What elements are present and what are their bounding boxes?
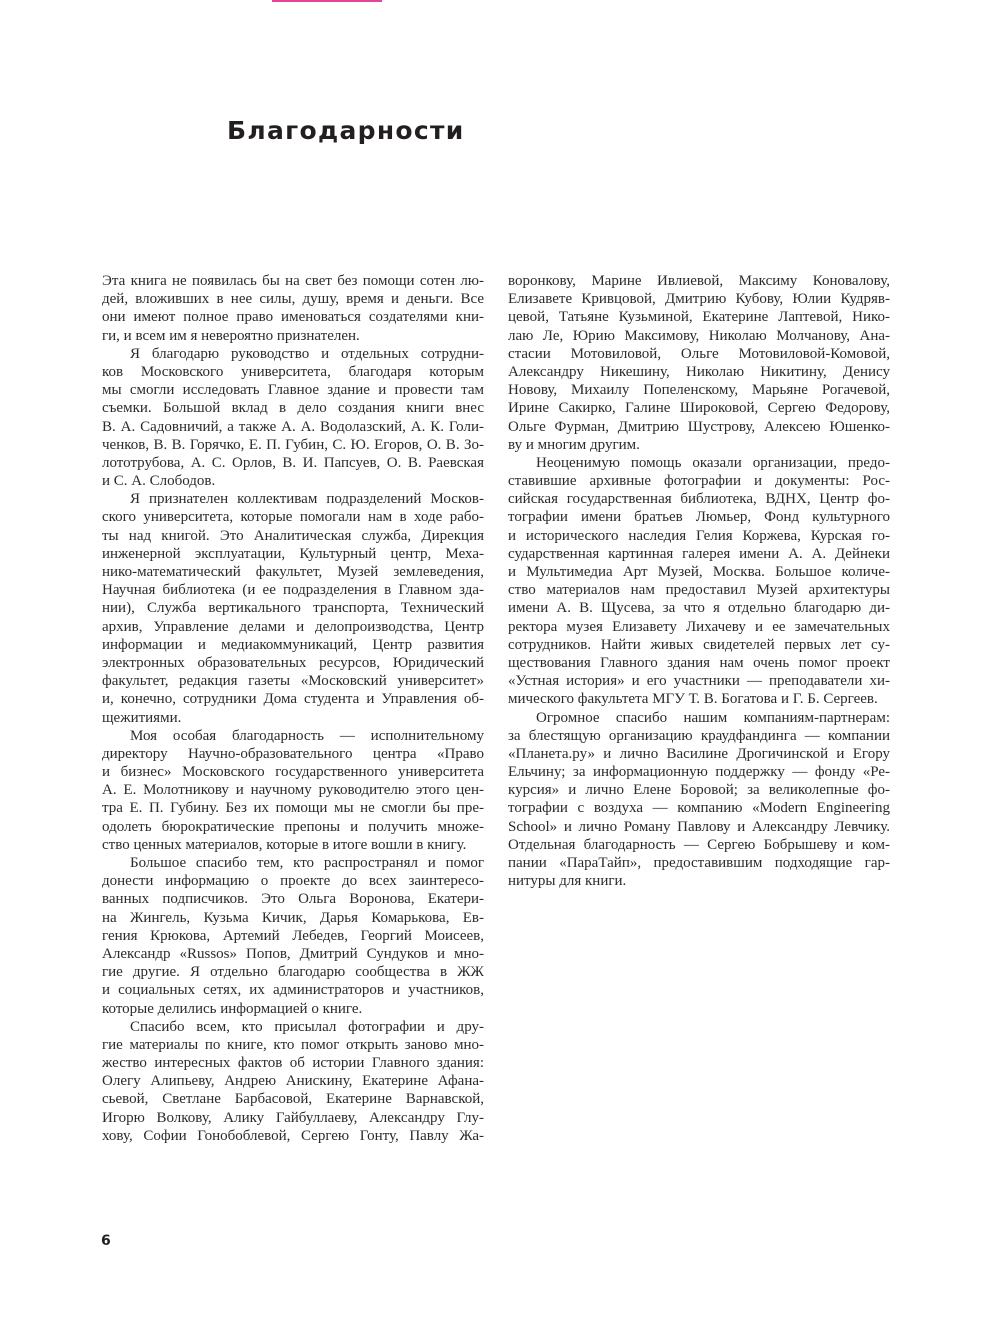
text-line: «Планета.ру» и лично Василине Дрогичинск… [508, 745, 890, 763]
text-line: на Жингель, Кузьма Кичик, Дарья Комарько… [102, 909, 484, 927]
text-line: Александр «Russos» Попов, Дмитрий Сундук… [102, 945, 484, 963]
text-line: ву и многим другим. [508, 436, 890, 454]
text-line: и С. А. Слободов. [102, 472, 484, 490]
text-line: инженерной эксплуатации, Культурный цент… [102, 545, 484, 563]
text-line: Отдельная благодарность — Сергею Бобрыше… [508, 836, 890, 854]
text-line: ректора музея Елизавету Лихачеву и ее за… [508, 618, 890, 636]
text-line: тра Е. П. Губину. Без их помощи мы не см… [102, 799, 484, 817]
text-line: Научная библиотека (и ее подразделения в… [102, 581, 484, 599]
text-line: Огромное спасибо нашим компаниям-партнер… [508, 709, 890, 727]
text-line: архив, Управление делами и делопроизводс… [102, 618, 484, 636]
text-line: Ирине Сакирко, Галине Широковой, Сергею … [508, 399, 890, 417]
page-title: Благодарности [227, 116, 465, 145]
text-line: и бизнес» Московского государственного у… [102, 763, 484, 781]
text-line: ги, и всем им я невероятно признателен. [102, 327, 484, 345]
text-line: цевой, Татьяне Кузьминой, Екатерине Лапт… [508, 308, 890, 326]
text-line: В. А. Садовничий, а также А. А. Водолазс… [102, 418, 484, 436]
text-line: лаю Ле, Юрию Максимову, Николаю Молчанов… [508, 327, 890, 345]
text-line: Игорю Волкову, Алику Гайбуллаеву, Алекса… [102, 1109, 484, 1127]
text-line: тографии с воздуха — компанию «Modern En… [508, 799, 890, 817]
text-line: Моя особая благодарность — исполнительно… [102, 727, 484, 745]
text-line: мического факультета МГУ Т. В. Богатова … [508, 690, 890, 708]
text-line: лототрубова, А. С. Орлов, В. И. Папсуев,… [102, 454, 484, 472]
text-line: Новову, Михаилу Попеленскому, Марьяне Ро… [508, 381, 890, 399]
text-line: курсия» и лично Елене Боровой; за велико… [508, 781, 890, 799]
text-line: ванных подписчиков. Это Ольга Воронова, … [102, 890, 484, 908]
page-number: 6 [101, 1233, 111, 1249]
text-line: Неоценимую помощь оказали организации, п… [508, 454, 890, 472]
text-line: ставившие архивные фотографии и документ… [508, 472, 890, 490]
text-line: щежитиями. [102, 709, 484, 727]
text-line: Большое спасибо тем, кто распространял и… [102, 854, 484, 872]
text-line: Ольге Фурман, Дмитрию Шустрову, Алексею … [508, 418, 890, 436]
text-line: «Устная история» и его участники — препо… [508, 672, 890, 690]
text-line: информации и медиакоммуникаций, Центр ра… [102, 636, 484, 654]
text-line: имени А. В. Щусева, за что я отдельно бл… [508, 599, 890, 617]
text-line: нико-математический факультет, Музей зем… [102, 563, 484, 581]
text-line: ченков, В. В. Горячко, Е. П. Губин, С. Ю… [102, 436, 484, 454]
text-line: Александру Никешину, Николаю Никитину, Д… [508, 363, 890, 381]
accent-bar [272, 0, 382, 2]
text-line: директору Научно-образовательного центра… [102, 745, 484, 763]
text-line: стасии Мотовиловой, Ольге Мотовиловой-Ко… [508, 345, 890, 363]
text-line: за блестящую организацию краудфандинга —… [508, 727, 890, 745]
text-line: которые делились информацией о книге. [102, 1000, 484, 1018]
text-line: сотрудников. Найти живых свидетелей перв… [508, 636, 890, 654]
text-line: нии), Служба вертикального транспорта, Т… [102, 599, 484, 617]
text-line: гие материалы по книге, кто помог открыт… [102, 1036, 484, 1054]
text-line: тографии имени братьев Люмьер, Фонд куль… [508, 508, 890, 526]
text-line: ществования Главного здания нам очень по… [508, 654, 890, 672]
text-line: воронкову, Марине Ивлиевой, Максиму Коно… [508, 272, 890, 290]
text-line: и социальных сетях, их администраторов и… [102, 981, 484, 999]
text-line: пании «ПараТайп», предоставившим подходя… [508, 854, 890, 872]
text-line: дей, вложивших в нее силы, душу, время и… [102, 290, 484, 308]
right-column: воронкову, Марине Ивлиевой, Максиму Коно… [508, 272, 890, 890]
text-line: и исторического наследия Гелия Коржева, … [508, 527, 890, 545]
text-line: хову, Софии Гонобоблевой, Сергею Гонту, … [102, 1127, 484, 1145]
text-line: ков Московского университета, благодаря … [102, 363, 484, 381]
text-line: ты над книгой. Это Аналитическая служба,… [102, 527, 484, 545]
text-line: Эта книга не появилась бы на свет без по… [102, 272, 484, 290]
text-line: и Мультимедиа Арт Музей, Москва. Большое… [508, 563, 890, 581]
text-line: Я признателен коллективам подразделений … [102, 490, 484, 508]
text-line: одолеть бюрократические препоны и получи… [102, 818, 484, 836]
text-line: электронных образовательных ресурсов, Юр… [102, 654, 484, 672]
text-line: нитуры для книги. [508, 872, 890, 890]
text-line: гие другие. Я отдельно благодарю сообщес… [102, 963, 484, 981]
text-line: они имеют полное право именоваться созда… [102, 308, 484, 326]
text-line: Олегу Алипьеву, Андрею Анискину, Екатери… [102, 1072, 484, 1090]
left-column: Эта книга не появилась бы на свет без по… [102, 272, 484, 1145]
text-line: сийская государственная библиотека, ВДНХ… [508, 490, 890, 508]
text-line: донести информацию о проекте до всех заи… [102, 872, 484, 890]
text-line: ство ценных материалов, которые в итоге … [102, 836, 484, 854]
text-line: School» и лично Роману Павлову и Алексан… [508, 818, 890, 836]
text-line: мы смогли исследовать Главное здание и п… [102, 381, 484, 399]
text-line: Ельчину; за информационную поддержку — ф… [508, 763, 890, 781]
text-line: жество интересных фактов об истории Глав… [102, 1054, 484, 1072]
text-line: Елизавете Кривцовой, Дмитрию Кубову, Юли… [508, 290, 890, 308]
text-line: ство материалов нам предоставил Музей ар… [508, 581, 890, 599]
text-line: Я благодарю руководство и отдельных сотр… [102, 345, 484, 363]
text-line: и, конечно, сотрудники Дома студента и У… [102, 690, 484, 708]
text-line: Спасибо всем, кто присылал фотографии и … [102, 1018, 484, 1036]
text-line: гения Крюкова, Артемий Лебедев, Георгий … [102, 927, 484, 945]
text-line: сьевой, Светлане Барбасовой, Екатерине В… [102, 1090, 484, 1108]
text-line: съемки. Большой вклад в дело создания кн… [102, 399, 484, 417]
text-line: факультет, редакция газеты «Московский у… [102, 672, 484, 690]
text-line: сударственная картинная галерея имени А.… [508, 545, 890, 563]
text-line: А. Е. Молотникову и научному руководител… [102, 781, 484, 799]
text-line: ского университета, которые помогали нам… [102, 508, 484, 526]
